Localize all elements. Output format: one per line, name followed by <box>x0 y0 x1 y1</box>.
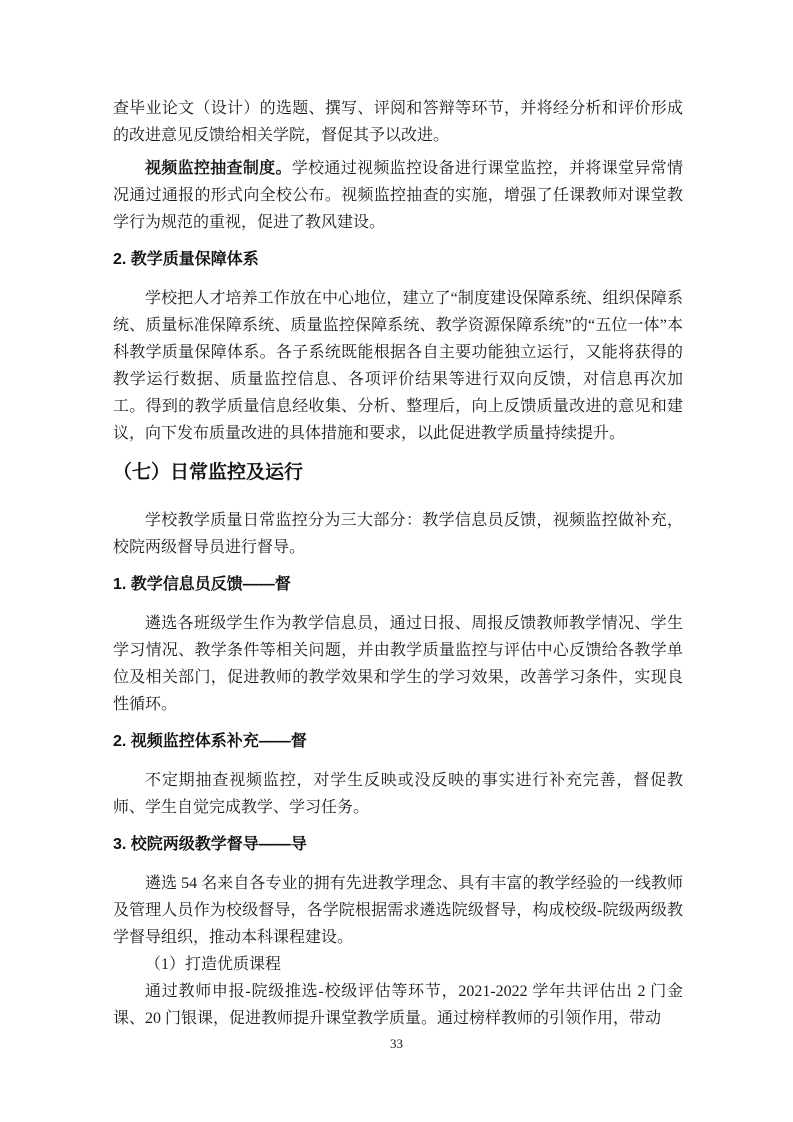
paragraph-video-monitoring-supplement: 不定期抽查视频监控，对学生反映或没反映的事实进行补充完善，督促教师、学生自觉完成… <box>113 767 683 821</box>
paragraph-quality-assurance-system: 学校把人才培养工作放在中心地位，建立了“制度建设保障系统、组织保障系统、质量标准… <box>113 285 683 447</box>
paragraph-daily-monitoring-overview: 学校教学质量日常监控分为三大部分：教学信息员反馈，视频监控做补充，校院两级督导员… <box>113 507 683 561</box>
heading-section-7-daily-monitoring: （七）日常监控及运行 <box>113 457 683 489</box>
heading-two-level-teaching-supervision: 3. 校院两级教学督导——导 <box>113 831 683 858</box>
heading-info-officer-feedback: 1. 教学信息员反馈——督 <box>113 571 683 598</box>
heading-video-monitoring-supplement: 2. 视频监控体系补充——督 <box>113 728 683 755</box>
page-number: 33 <box>0 1036 793 1052</box>
subheading-build-quality-courses: （1）打造优质课程 <box>113 951 683 978</box>
paragraph-two-level-teaching-supervision: 遴选 54 名来自各专业的拥有先进教学理念、具有丰富的教学经验的一线教师及管理人… <box>113 870 683 951</box>
bold-lead-video-inspection-system: 视频监控抽查制度。 <box>145 160 292 177</box>
document-page: 查毕业论文（设计）的选题、撰写、评阅和答辩等环节，并将经分析和评价形成的改进意见… <box>0 0 793 1122</box>
paragraph-video-inspection: 视频监控抽查制度。学校通过视频监控设备进行课堂监控，并将课堂异常情况通过通报的形… <box>113 155 683 236</box>
paragraph-info-officer-feedback: 遴选各班级学生作为教学信息员，通过日报、周报反馈教师教学情况、学生学习情况、教学… <box>113 610 683 718</box>
paragraph-thesis-review: 查毕业论文（设计）的选题、撰写、评阅和答辩等环节，并将经分析和评价形成的改进意见… <box>113 95 683 149</box>
document-content: 查毕业论文（设计）的选题、撰写、评阅和答辩等环节，并将经分析和评价形成的改进意见… <box>113 0 683 1032</box>
paragraph-build-quality-courses: 通过教师申报-院级推选-校级评估等环节，2021-2022 学年共评估出 2 门… <box>113 978 683 1032</box>
heading-teaching-quality-assurance-system: 2. 教学质量保障体系 <box>113 246 683 273</box>
